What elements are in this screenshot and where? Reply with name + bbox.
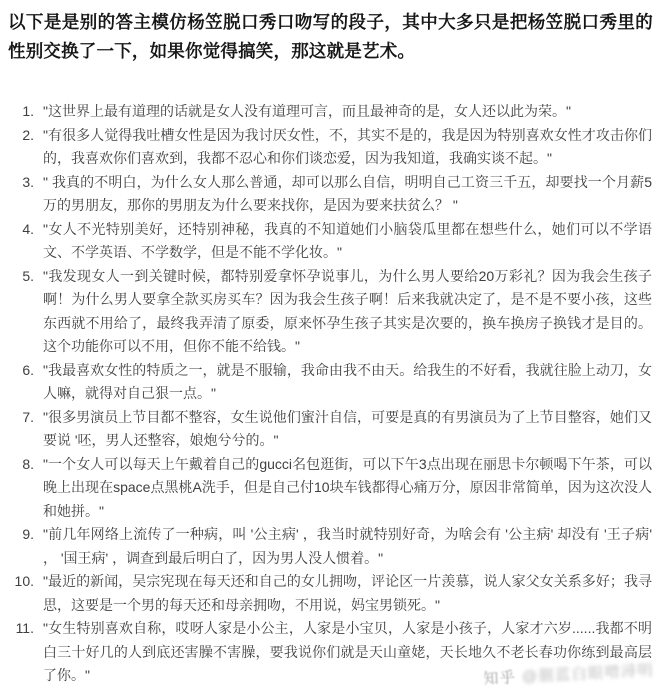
list-item-number: 10. bbox=[8, 570, 34, 617]
list-item-number: 7. bbox=[8, 406, 34, 453]
list-item-text: "最近的新闻，吴宗宪现在每天还和自己的女儿拥吻，评论区一片羡慕，说人家父女关系多… bbox=[43, 570, 653, 617]
list-item: 2. "有很多人觉得我吐槽女性是因为我讨厌女性，不，其实不是的，我是因为特别喜欢… bbox=[8, 124, 653, 171]
article-intro-text: 以下是是别的答主模仿杨笠脱口秀口吻写的段子，其中大多只是把杨笠脱口秀里的性别交换… bbox=[8, 8, 653, 66]
list-item: 10. "最近的新闻，吴宗宪现在每天还和自己的女儿拥吻，评论区一片羡慕，说人家父… bbox=[8, 570, 653, 617]
list-item-text: "有很多人觉得我吐槽女性是因为我讨厌女性，不，其实不是的，我是因为特别喜欢女性才… bbox=[43, 124, 653, 171]
list-item-number: 6. bbox=[8, 359, 34, 406]
list-item: 6. "我最喜欢女性的特质之一，就是不服输，我命由我不由天。给我生的不好看，我就… bbox=[8, 359, 653, 406]
list-item: 3. " 我真的不明白，为什么女人那么普通，却可以那么自信，明明自己工资三千五，… bbox=[8, 171, 653, 218]
article-page: 以下是是别的答主模仿杨笠脱口秀口吻写的段子，其中大多只是把杨笠脱口秀里的性别交换… bbox=[0, 0, 663, 688]
joke-list: 1. "这世界上最有道理的话就是女人没有道理可言，而且最神奇的是，女人还以此为荣… bbox=[8, 100, 653, 688]
list-item-number: 5. bbox=[8, 265, 34, 359]
list-item-text: "女生特别喜欢自称，哎呀人家是小公主，人家是小宝贝，人家是小孩子，人家才六岁..… bbox=[43, 617, 653, 688]
list-item-number: 9. bbox=[8, 523, 34, 570]
list-item-text: "我发现女人一到关键时候，都特别爱拿怀孕说事儿，为什么男人要给20万彩礼？因为我… bbox=[43, 265, 653, 359]
list-item-text: "前几年网络上流传了一种病，叫 '公主病' ，我当时就特别好奇，为啥会有 '公主… bbox=[43, 523, 653, 570]
list-item: 9. "前几年网络上流传了一种病，叫 '公主病' ，我当时就特别好奇，为啥会有 … bbox=[8, 523, 653, 570]
list-item-text: " 我真的不明白，为什么女人那么普通，却可以那么自信，明明自己工资三千五，却要找… bbox=[43, 171, 653, 218]
list-item-text: "我最喜欢女性的特质之一，就是不服输，我命由我不由天。给我生的不好看，我就往脸上… bbox=[43, 359, 653, 406]
list-item: 8. "一个女人可以每天上午戴着自己的gucci名包逛街，可以下午3点出现在丽思… bbox=[8, 453, 653, 524]
list-item-number: 1. bbox=[8, 100, 34, 124]
list-item-number: 2. bbox=[8, 124, 34, 171]
list-item-text: "这世界上最有道理的话就是女人没有道理可言，而且最神奇的是，女人还以此为荣。" bbox=[43, 100, 653, 124]
list-item-number: 3. bbox=[8, 171, 34, 218]
list-item-text: "女人不光特别美好，还特别神秘，我真的不知道她们小脑袋瓜里都在想些什么，她们可以… bbox=[43, 218, 653, 265]
list-item: 11. "女生特别喜欢自称，哎呀人家是小公主，人家是小宝贝，人家是小孩子，人家才… bbox=[8, 617, 653, 688]
list-item: 7. "很多男演员上节目都不整容，女生说他们蜜汁自信，可要是真的有男演员为了上节… bbox=[8, 406, 653, 453]
list-item-text: "一个女人可以每天上午戴着自己的gucci名包逛街，可以下午3点出现在丽思卡尔顿… bbox=[43, 453, 653, 524]
list-item-text: "很多男演员上节目都不整容，女生说他们蜜汁自信，可要是真的有男演员为了上节目整容… bbox=[43, 406, 653, 453]
list-item-number: 11. bbox=[8, 617, 34, 688]
list-item-number: 4. bbox=[8, 218, 34, 265]
list-item: 5. "我发现女人一到关键时候，都特别爱拿怀孕说事儿，为什么男人要给20万彩礼？… bbox=[8, 265, 653, 359]
list-item: 4. "女人不光特别美好，还特别神秘，我真的不知道她们小脑袋瓜里都在想些什么，她… bbox=[8, 218, 653, 265]
list-item: 1. "这世界上最有道理的话就是女人没有道理可言，而且最神奇的是，女人还以此为荣… bbox=[8, 100, 653, 124]
list-item-number: 8. bbox=[8, 453, 34, 524]
